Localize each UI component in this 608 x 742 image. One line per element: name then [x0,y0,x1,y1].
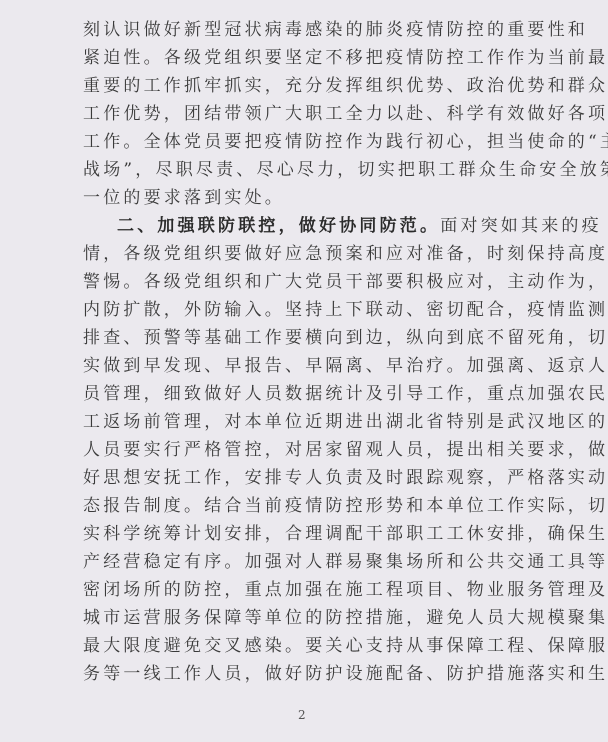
document-page: 刻认识做好新型冠状病毒感染的肺炎疫情防控的重要性和 紧迫性。各级党组织要坚定不移… [0,0,608,742]
text-line: 好思想安抚工作，安排专人负责及时跟踪观察，严格落实动 [83,464,503,492]
text-line: 工返场前管理，对本单位近期进出湖北省特别是武汉地区的 [83,408,503,436]
text-line: 重要的工作抓牢抓实，充分发挥组织优势、政治优势和群众 [83,72,503,100]
text-line: 战场”，尽职尽责、尽心尽力，切实把职工群众生命安全放第 [83,156,503,184]
section-heading-continuation: 面对突如其来的疫 [440,216,602,236]
text-line: 员管理，细致做好人员数据统计及引导工作，重点加强农民 [83,380,503,408]
text-line: 人员要实行严格管控，对居家留观人员，提出相关要求，做 [83,436,503,464]
text-line: 实科学统筹计划安排，合理调配干部职工工休安排，确保生 [83,520,503,548]
text-line: 务等一线工作人员，做好防护设施配备、防护措施落实和生 [83,660,503,688]
text-line: 一位的要求落到实处。 [83,184,503,212]
text-line: 实做到早发现、早报告、早隔离、早治疗。加强离、返京人 [83,352,503,380]
text-line: 情，各级党组织要做好应急预案和应对准备，时刻保持高度 [83,240,503,268]
text-line: 工作优势，团结带领广大职工全力以赴、科学有效做好各项 [83,100,503,128]
text-line: 刻认识做好新型冠状病毒感染的肺炎疫情防控的重要性和 [83,16,503,44]
text-line: 产经营稳定有序。加强对人群易聚集场所和公共交通工具等 [83,548,503,576]
section-heading-line: 二、加强联防联控，做好协同防范。面对突如其来的疫 [83,212,503,240]
text-line: 城市运营服务保障等单位的防控措施，避免人员大规模聚集， [83,604,503,632]
text-line: 警惕。各级党组织和广大党员干部要积极应对，主动作为， [83,268,503,296]
text-line: 内防扩散，外防输入。坚持上下联动、密切配合，疫情监测、 [83,296,503,324]
document-body: 刻认识做好新型冠状病毒感染的肺炎疫情防控的重要性和 紧迫性。各级党组织要坚定不移… [83,16,503,688]
text-line: 密闭场所的防控，重点加强在施工程项目、物业服务管理及 [83,576,503,604]
section-heading: 二、加强联防联控，做好协同防范。 [117,216,440,236]
text-line: 最大限度避免交叉感染。要关心支持从事保障工程、保障服 [83,632,503,660]
text-line: 态报告制度。结合当前疫情防控形势和本单位工作实际，切 [83,492,503,520]
text-line: 工作。全体党员要把疫情防控作为践行初心，担当使命的“主 [83,128,503,156]
page-number: 2 [298,708,306,722]
text-line: 紧迫性。各级党组织要坚定不移把疫情防控工作作为当前最 [83,44,503,72]
text-line: 排查、预警等基础工作要横向到边，纵向到底不留死角，切 [83,324,503,352]
